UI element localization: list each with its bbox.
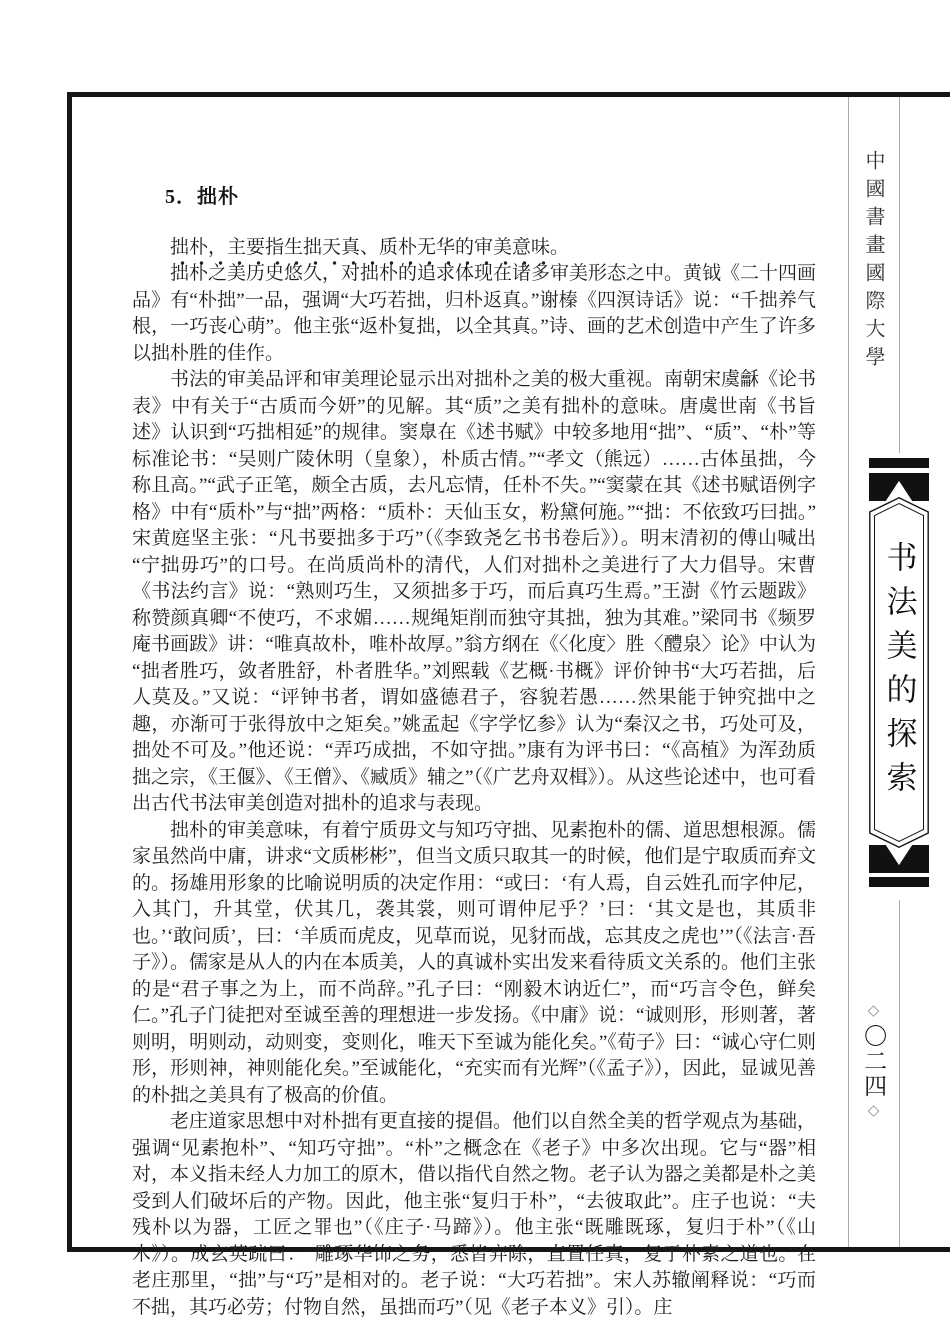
title-box-bottom-ribbon xyxy=(869,845,929,873)
sidebar-rule-outer-lower xyxy=(899,900,900,1247)
page-number-block: ◇ 〇二四 ◇ xyxy=(848,1004,899,1119)
diamond-ornament-top: ◇ xyxy=(868,1004,880,1019)
page-frame-left-border xyxy=(67,92,72,1252)
page-frame-top-border xyxy=(67,92,950,97)
body-paragraph-3: 拙朴的审美意味，有着宁质毋文与知巧守拙、见素抱朴的儒、道思想根源。儒家虽然尚中庸… xyxy=(132,818,816,1110)
body-paragraph-4: 老庄道家思想中对朴拙有更直接的提倡。他们以自然全美的哲学观点为基础，强调“见素抱… xyxy=(132,1109,816,1321)
lead-paragraph: 拙朴，主要指生拙天真、质朴无华的审美意味。 xyxy=(132,235,816,262)
book-title-vertical: 书法美的探索 xyxy=(884,541,915,805)
running-title-vertical: 中國書畫國際大學 xyxy=(861,150,885,374)
scanned-book-page: 5．拙朴 拙朴，主要指生拙天真、质朴无华的审美意味。 拙朴之美历史悠久，对拙朴的… xyxy=(0,0,950,1344)
title-box-bottom-bar xyxy=(869,877,929,887)
book-title-box: 书法美的探索 xyxy=(869,458,929,888)
main-text-column: 5．拙朴 拙朴，主要指生拙天真、质朴无华的审美意味。 拙朴之美历史悠久，对拙朴的… xyxy=(132,184,816,1321)
section-heading: 5．拙朴 xyxy=(165,184,816,211)
lead-paragraph-tail: 。 xyxy=(550,237,569,258)
body-paragraph-1: 拙朴之美历史悠久，对拙朴的追求体现在诸多审美形态之中。黄钺《二十四画品》有“朴拙… xyxy=(132,261,816,367)
sidebar-rule-outer-upper xyxy=(899,97,900,453)
book-title-wrap: 书法美的探索 xyxy=(869,497,929,848)
diamond-ornament-bottom: ◇ xyxy=(868,1104,880,1119)
body-paragraph-2: 书法的审美品评和审美理论显示出对拙朴之美的极大重视。南朝宋虞龢《论书表》中有关于… xyxy=(132,367,816,818)
title-box-top-bar xyxy=(869,458,929,468)
page-number: 〇二四 xyxy=(861,1024,886,1099)
